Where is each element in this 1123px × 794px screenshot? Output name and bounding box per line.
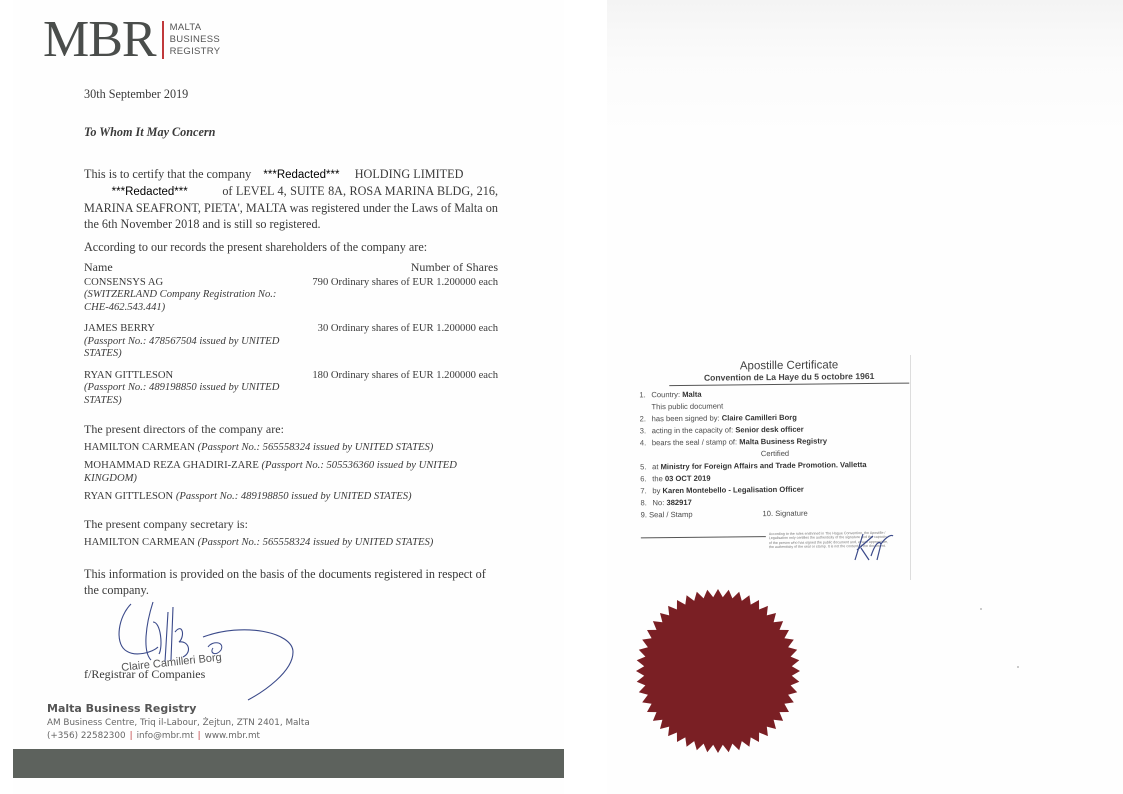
directors-item: HAMILTON CARMEAN (Passport No.: 56555832… <box>84 442 484 455</box>
item-number: 1. <box>639 389 651 401</box>
red-wax-seal-icon <box>635 588 801 754</box>
item-value: 382917 <box>666 498 691 507</box>
secretary-title: The present company secretary is: <box>84 518 484 531</box>
person-name: RYAN GITTLESON <box>84 491 173 502</box>
redacted-company-name: ***Redacted*** <box>263 169 339 181</box>
shareholder-shares: 180 Ordinary shares of EUR 1.200000 each <box>312 370 498 408</box>
registrar-signature <box>113 592 303 702</box>
greeting: To Whom It May Concern <box>84 124 215 140</box>
apostille-subtitle: Convention de La Haye du 5 octobre 1961 <box>669 371 909 387</box>
certification-paragraph: This is to certify that the company ***R… <box>84 166 498 232</box>
scan-speck <box>1017 666 1019 668</box>
footer-address: AM Business Centre, Triq il-Labour, Żejt… <box>47 717 310 730</box>
item-number: 7. <box>640 485 652 497</box>
footer-website[interactable]: www.mbr.mt <box>205 731 260 741</box>
shareholders-table: Name Number of Shares CONSENSYS AG (SWIT… <box>84 261 498 416</box>
scan-speck <box>980 608 982 610</box>
shareholder-name-cell: RYAN GITTLESON (Passport No.: 489198850 … <box>84 370 289 408</box>
item-value: Ministry for Foreign Affairs and Trade P… <box>661 460 867 471</box>
item-number: 5. <box>640 461 652 473</box>
logo-line-1: MALTA <box>170 22 221 34</box>
separator: | <box>126 731 137 741</box>
item-value: Claire Camilleri Borg <box>722 413 797 423</box>
item-label: by <box>652 486 660 495</box>
shareholders-table-header: Name Number of Shares <box>84 261 498 274</box>
shareholder-row: CONSENSYS AG (SWITZERLAND Company Regist… <box>84 277 498 315</box>
shareholder-row: JAMES BERRY (Passport No.: 478567504 iss… <box>84 323 498 361</box>
item-value: 03 OCT 2019 <box>665 474 711 483</box>
shareholder-detail: (Passport No.: 489198850 issued by UNITE… <box>84 382 289 407</box>
item-number <box>639 401 651 413</box>
item-value: Malta Business Registry <box>739 436 827 446</box>
person-name: HAMILTON CARMEAN <box>84 537 195 548</box>
directors-list: The present directors of the company are… <box>84 423 484 510</box>
shareholder-detail: (Passport No.: 478567504 issued by UNITE… <box>84 336 289 361</box>
registry-certificate-page: MBR MALTA BUSINESS REGISTRY 30th Septemb… <box>13 0 564 794</box>
logo-line-3: REGISTRY <box>170 46 221 58</box>
directors-title: The present directors of the company are… <box>84 423 484 436</box>
shareholder-name: JAMES BERRY <box>84 323 289 336</box>
seal-stamp-label: 9. Seal / Stamp <box>641 509 693 522</box>
legalisation-officer-signature <box>847 530 897 565</box>
directors-item: MOHAMMAD REZA GHADIRI-ZARE (Passport No.… <box>84 460 484 485</box>
item-number: 2. <box>640 413 652 425</box>
logo-text: MALTA BUSINESS REGISTRY <box>170 22 221 58</box>
item-label: acting in the capacity of: <box>652 425 734 435</box>
item-number: 8. <box>640 497 652 509</box>
shareholder-row: RYAN GITTLESON (Passport No.: 489198850 … <box>84 370 498 408</box>
footer: Malta Business Registry AM Business Cent… <box>47 702 310 743</box>
item-label: This public document <box>651 402 723 412</box>
item-number: 6. <box>640 473 652 485</box>
secretary-item: HAMILTON CARMEAN (Passport No.: 56555832… <box>84 537 484 550</box>
logo-mark: MBR <box>43 14 156 66</box>
certify-text-2: HOLDING LIMITED <box>355 167 464 181</box>
person-detail: (Passport No.: 565558324 issued by UNITE… <box>198 537 434 548</box>
logo-divider <box>162 21 164 59</box>
item-label: bears the seal / stamp of: <box>652 437 737 447</box>
person-name: MOHAMMAD REZA GHADIRI-ZARE <box>84 460 259 471</box>
mbr-logo: MBR MALTA BUSINESS REGISTRY <box>43 14 220 66</box>
header-name: Name <box>84 261 113 274</box>
item-label: has been signed by: <box>652 414 720 424</box>
signatory-role: f/Registrar of Companies <box>84 667 205 682</box>
item-number: 4. <box>640 437 652 449</box>
header-shares: Number of Shares <box>411 261 498 274</box>
directors-item: RYAN GITTLESON (Passport No.: 489198850 … <box>84 491 484 504</box>
footer-band <box>13 749 564 778</box>
item-value: Senior desk officer <box>735 425 803 435</box>
item-label: the <box>652 474 663 483</box>
item-label: at <box>652 462 658 471</box>
footer-phone: (+356) 22582300 <box>47 731 126 741</box>
document-date: 30th September 2019 <box>84 86 188 102</box>
footer-contacts: (+356) 22582300|info@mbr.mt|www.mbr.mt <box>47 730 310 743</box>
shareholder-name: CONSENSYS AG <box>84 277 289 290</box>
footer-title: Malta Business Registry <box>47 702 310 715</box>
item-label: Country: <box>651 390 680 399</box>
person-name: HAMILTON CARMEAN <box>84 442 195 453</box>
item-value: Malta <box>682 390 702 399</box>
redacted-company-number: ***Redacted*** <box>112 186 188 198</box>
person-detail: (Passport No.: 565558324 issued by UNITE… <box>198 442 434 453</box>
shareholder-name-cell: CONSENSYS AG (SWITZERLAND Company Regist… <box>84 277 289 315</box>
secretary-list: The present company secretary is: HAMILT… <box>84 518 484 555</box>
shareholders-intro: According to our records the present sha… <box>84 239 427 255</box>
apostille-certificate: Apostille Certificate Convention de La H… <box>639 359 911 552</box>
shareholder-name-cell: JAMES BERRY (Passport No.: 478567504 iss… <box>84 323 289 361</box>
item-value: Karen Montebello - Legalisation Officer <box>662 485 803 495</box>
shareholder-shares: 30 Ordinary shares of EUR 1.200000 each <box>318 323 498 361</box>
separator: | <box>194 731 205 741</box>
footer-email[interactable]: info@mbr.mt <box>137 731 194 741</box>
shareholder-detail: (SWITZERLAND Company Registration No.: C… <box>84 289 289 314</box>
shareholder-shares: 790 Ordinary shares of EUR 1.200000 each <box>312 277 498 315</box>
person-detail: (Passport No.: 489198850 issued by UNITE… <box>176 491 412 502</box>
certify-text-1: This is to certify that the company <box>84 167 251 181</box>
item-number: 3. <box>640 425 652 437</box>
signature-label: 10. Signature <box>762 508 807 520</box>
logo-line-2: BUSINESS <box>170 34 221 46</box>
shareholder-name: RYAN GITTLESON <box>84 370 289 383</box>
seal-line <box>641 536 766 538</box>
item-label: No: <box>652 498 664 507</box>
